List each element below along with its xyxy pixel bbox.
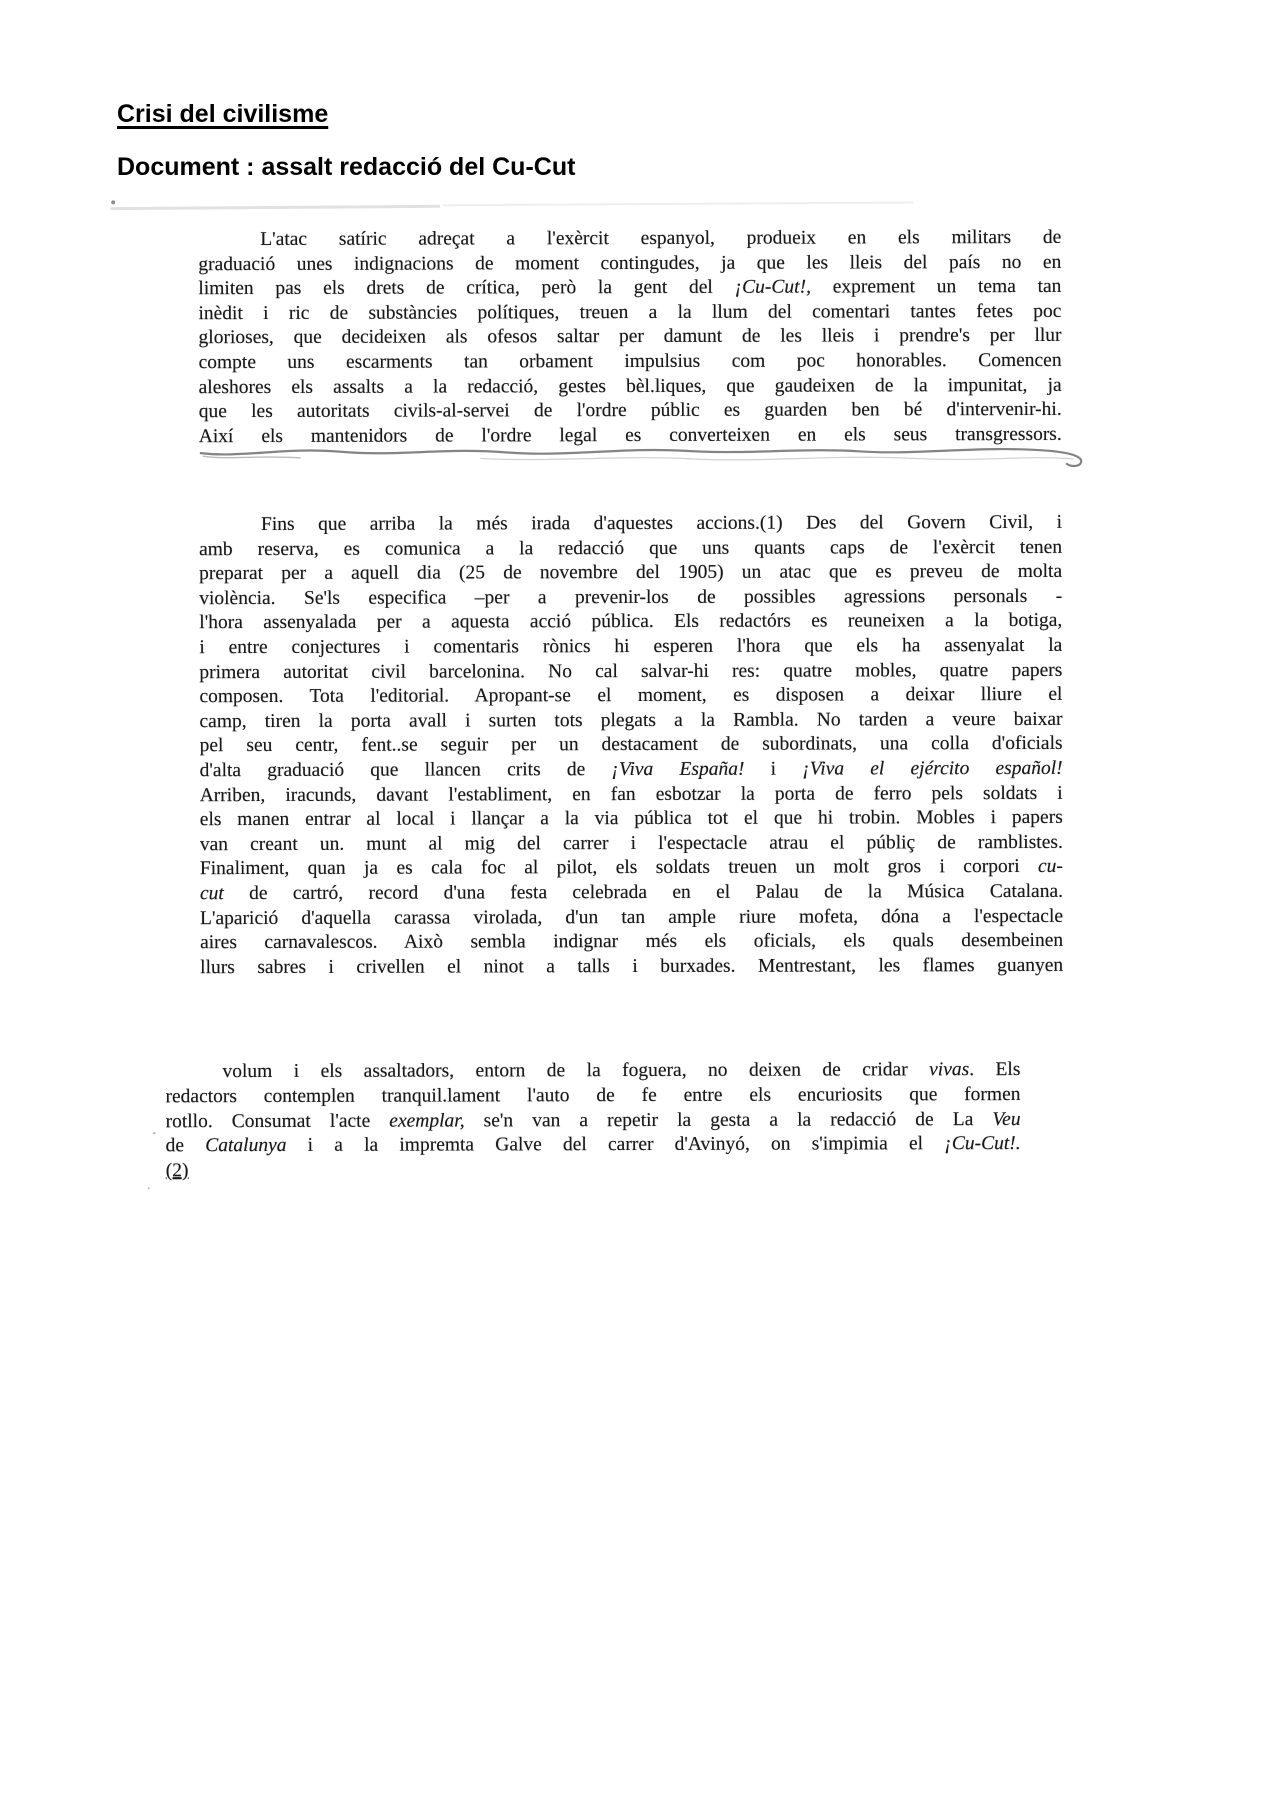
text-line: Finaliment, quan ja es cala foc al pilot…	[200, 855, 1063, 882]
text-segment: van creant un. munt al mig del carrer i …	[200, 832, 1063, 855]
emphasized-text: cut	[200, 883, 224, 904]
text-segment: compte uns escarments tan orbament impul…	[199, 350, 1062, 373]
text-line: aires carnavalescos. Això sembla indigna…	[200, 929, 1063, 956]
text-segment: exprement un tema tan	[811, 276, 1061, 298]
text-segment: Així els mantenidors de l'ordre legal es…	[199, 424, 1062, 447]
scan-speck	[111, 200, 115, 204]
text-segment: l'hora assenyalada per a aquesta acció p…	[199, 610, 1062, 633]
emphasized-text: ¡Viva el ejército español!	[802, 758, 1062, 780]
emphasized-text: Veu	[992, 1109, 1020, 1130]
scan-streak-artifact	[110, 205, 440, 210]
scan-streak-artifact	[443, 201, 913, 206]
scan-speck	[153, 1132, 156, 1134]
text-segment: primera autoritat civil barcelonina. No …	[199, 659, 1062, 682]
text-line: graduació unes indignacions de moment co…	[198, 250, 1061, 277]
emphasized-text: ¡Cu-Cut!,	[735, 277, 811, 298]
text-line: cut de cartró, record d'una festa celebr…	[200, 880, 1063, 907]
scan-paragraph-3: volum i els assaltadors, entorn de la fo…	[165, 1058, 1020, 1184]
text-segment: redactors contemplen tranquil.lament l'a…	[165, 1084, 1020, 1107]
footnote-ref: (2)	[166, 1160, 189, 1181]
text-line: aleshores els assalts a la redacció, ges…	[199, 373, 1062, 400]
text-segment: llurs sabres i crivellen el ninot a tall…	[200, 955, 1063, 978]
text-line: l'hora assenyalada per a aquesta acció p…	[199, 609, 1062, 636]
scanned-document: L'atac satíric adreçat a l'exèrcit espan…	[0, 0, 1280, 1811]
text-segment: de cartró, record d'una festa celebrada …	[224, 881, 1063, 904]
emphasized-text: Catalunya	[205, 1135, 286, 1156]
text-segment: els manen entrar al local i llançar a la…	[200, 807, 1063, 830]
text-line: rotllo. Consumat l'acte exemplar, se'n v…	[166, 1108, 1021, 1135]
emphasized-text: exemplar,	[389, 1110, 464, 1131]
text-line: violència. Se'ls especifica –per a preve…	[199, 585, 1062, 612]
text-segment: limiten pas els drets de crítica, però l…	[198, 277, 734, 299]
text-line: d'alta graduació que llancen crits de ¡V…	[200, 757, 1063, 784]
text-line: compte uns escarments tan orbament impul…	[199, 349, 1062, 376]
text-segment: aleshores els assalts a la redacció, ges…	[199, 374, 1062, 397]
text-line: que les autoritats civils-al-servei de l…	[199, 398, 1062, 425]
text-line: pel seu centr, fent..se seguir per un de…	[200, 732, 1063, 759]
text-segment: que les autoritats civils-al-servei de l…	[199, 399, 1062, 422]
text-line: (2)	[166, 1157, 1021, 1184]
text-line: inèdit i ric de substàncies polítiques, …	[198, 300, 1061, 327]
emphasized-text: cu-	[1038, 856, 1063, 877]
text-line: els manen entrar al local i llançar a la…	[200, 806, 1063, 833]
text-segment: glorioses, que decideixen als ofesos sal…	[198, 325, 1061, 348]
text-line: redactors contemplen tranquil.lament l'a…	[165, 1083, 1020, 1110]
scan-paragraph-2: Fins que arriba la més irada d'aquestes …	[199, 511, 1063, 981]
text-segment: i a la impremta Galve del carrer d'Aviny…	[286, 1134, 944, 1157]
text-line: primera autoritat civil barcelonina. No …	[199, 658, 1062, 685]
text-line: Així els mantenidors de l'ordre legal es…	[199, 423, 1062, 450]
text-line: amb reserva, es comunica a la redacció q…	[199, 535, 1062, 562]
text-segment: inèdit i ric de substàncies polítiques, …	[198, 301, 1061, 324]
text-segment: pel seu centr, fent..se seguir per un de…	[200, 733, 1063, 756]
text-line: camp, tiren la porta avall i surten tots…	[199, 708, 1062, 735]
text-segment: Fins que arriba la més irada d'aquestes …	[261, 512, 1062, 535]
text-segment: violència. Se'ls especifica –per a preve…	[199, 586, 1062, 609]
emphasized-text: vivas	[929, 1059, 969, 1080]
text-segment: graduació unes indignacions de moment co…	[198, 251, 1061, 274]
text-segment: composen. Tota l'editorial. Apropant-se …	[199, 684, 1062, 707]
text-segment: volum i els assaltadors, entorn de la fo…	[222, 1059, 929, 1082]
text-line: volum i els assaltadors, entorn de la fo…	[165, 1058, 1020, 1085]
emphasized-text: ¡Cu-Cut!.	[944, 1133, 1020, 1154]
text-line: i entre conjectures i comentaris rònics …	[199, 634, 1062, 661]
text-segment: Arriben, iracunds, davant l'establiment,…	[200, 782, 1063, 805]
text-line: limiten pas els drets de crítica, però l…	[198, 275, 1061, 302]
text-line: glorioses, que decideixen als ofesos sal…	[198, 324, 1061, 351]
text-line: llurs sabres i crivellen el ninot a tall…	[200, 954, 1063, 981]
text-line: de Catalunya i a la impremta Galve del c…	[166, 1132, 1021, 1159]
text-segment: i	[744, 759, 802, 780]
text-segment: L'atac satíric adreçat a l'exèrcit espan…	[260, 227, 1061, 250]
text-line: Fins que arriba la més irada d'aquestes …	[199, 511, 1062, 538]
text-segment: de	[166, 1136, 206, 1157]
text-segment: d'alta graduació que llancen crits de	[200, 759, 612, 781]
emphasized-text: ¡Viva España!	[611, 759, 744, 780]
text-segment: aires carnavalescos. Això sembla indigna…	[200, 930, 1063, 953]
text-line: van creant un. munt al mig del carrer i …	[200, 831, 1063, 858]
text-segment: . Els	[969, 1059, 1020, 1080]
text-line: L'aparició d'aquella carassa virolada, d…	[200, 904, 1063, 931]
text-segment: se'n van a repetir la gesta a la redacci…	[465, 1109, 993, 1131]
text-segment: amb reserva, es comunica a la redacció q…	[199, 536, 1062, 559]
text-line: L'atac satíric adreçat a l'exèrcit espan…	[198, 226, 1061, 253]
document-page: Crisi del civilisme Document : assalt re…	[0, 0, 1280, 1811]
scan-speck	[148, 1187, 150, 1189]
text-segment: camp, tiren la porta avall i surten tots…	[199, 709, 1062, 732]
text-segment: Finaliment, quan ja es cala foc al pilot…	[200, 856, 1038, 879]
text-line: composen. Tota l'editorial. Apropant-se …	[199, 683, 1062, 710]
text-segment: L'aparició d'aquella carassa virolada, d…	[200, 905, 1063, 928]
text-segment: rotllo. Consumat l'acte	[166, 1110, 390, 1132]
text-line: preparat per a aquell dia (25 de novembr…	[199, 560, 1062, 587]
text-line: Arriben, iracunds, davant l'establiment,…	[200, 781, 1063, 808]
text-segment: i entre conjectures i comentaris rònics …	[199, 635, 1062, 658]
scan-paragraph-1: L'atac satíric adreçat a l'exèrcit espan…	[198, 226, 1062, 450]
text-segment: preparat per a aquell dia (25 de novembr…	[199, 561, 1062, 584]
